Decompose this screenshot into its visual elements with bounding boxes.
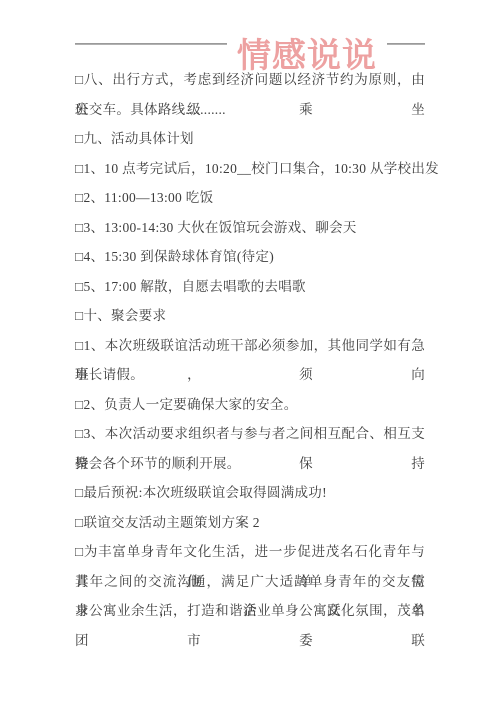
- text-line: □5、17:00 解散，自愿去唱歌的去唱歌: [75, 272, 425, 302]
- text-line: 青年之间的交流沟通，满足广大适龄单身青年的交友需求，活跃单: [75, 567, 425, 597]
- text-line: □3、本次活动要求组织者与参与者之间相互配合、相互支持，保持: [75, 419, 425, 449]
- document-page: 情感说说 □八、出行方式，考虑到经济问题以经济节约为原则，由班级乘坐 公交车。具…: [0, 0, 500, 708]
- text-line: □1、本次班级联谊活动班干部必须参加，其他同学如有急事，须向: [75, 331, 425, 361]
- text-line: □联谊交友活动主题策划方案 2: [75, 508, 425, 538]
- text-line: □2、负责人一定要确保大家的安全。: [75, 390, 425, 420]
- text-line: □最后预祝:本次班级联谊会取得圆满成功!: [75, 478, 425, 508]
- text-line: □为丰富单身青年文化生活，进一步促进茂名石化青年与其他单位: [75, 537, 425, 567]
- text-line: □4、15:30 到保龄球体育馆(待定): [75, 242, 425, 272]
- text-line: □1、10 点考完试后，10:20__校门口集合，10:30 从学校出发: [75, 154, 425, 184]
- text-line: □八、出行方式，考虑到经济问题以经济节约为原则，由班级乘坐: [75, 65, 425, 95]
- text-line: □九、活动具体计划: [75, 124, 425, 154]
- document-body: □八、出行方式，考虑到经济问题以经济节约为原则，由班级乘坐 公交车。具体路线..…: [75, 65, 425, 626]
- text-line: □3、13:00-14:30 大伙在饭馆玩会游戏、聊会天: [75, 213, 425, 243]
- text-line: □十、聚会要求: [75, 301, 425, 331]
- text-line: 身公寓业余生活，打造和谐企业单身公寓文化氛围，茂名团市委联: [75, 596, 425, 626]
- text-line: □2、11:00—13:00 吃饭: [75, 183, 425, 213]
